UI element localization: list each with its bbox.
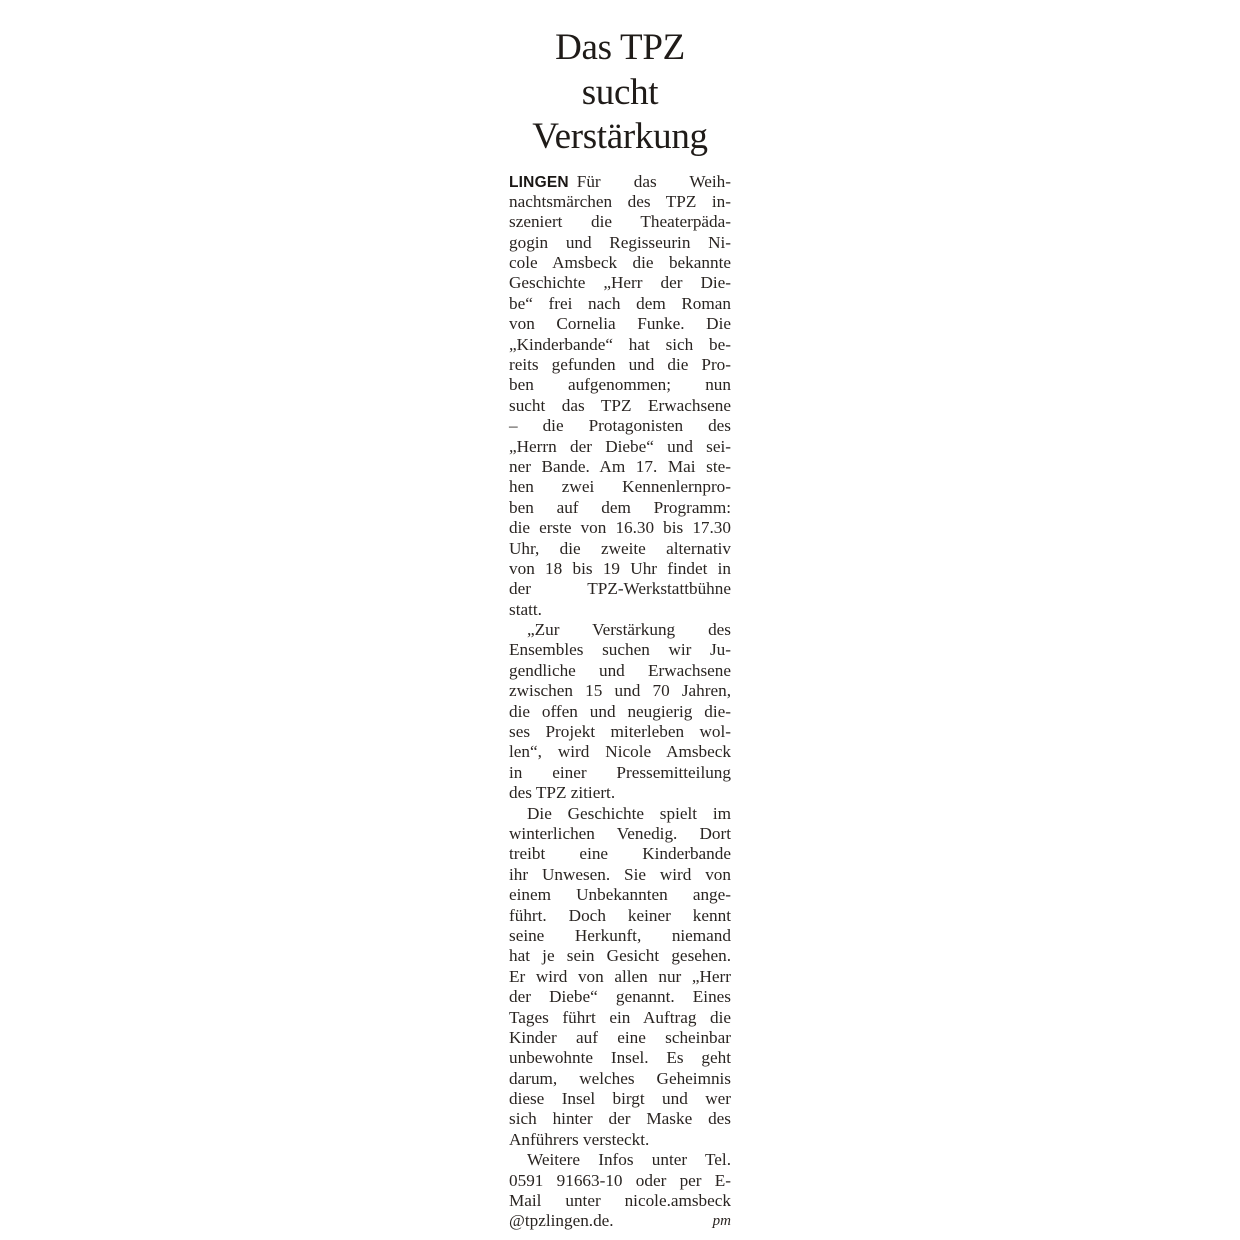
- text-line: „Herrn der Diebe“ und sei-: [509, 437, 731, 457]
- text-line: „Zur Verstärkung des: [509, 620, 731, 640]
- text-line: Anführers versteckt.: [509, 1130, 731, 1150]
- text-line: die erste von 16.30 bis 17.30: [509, 518, 731, 538]
- text-line: gendliche und Erwachsene: [509, 661, 731, 681]
- text-line: ner Bande. Am 17. Mai ste-: [509, 457, 731, 477]
- article-body: LINGENFür das Weih- nachtsmärchen des TP…: [509, 172, 731, 1232]
- text-line: ben auf dem Programm:: [509, 498, 731, 518]
- text-line: winterlichen Venedig. Dort: [509, 824, 731, 844]
- text-line: – die Protagonisten des: [509, 416, 731, 436]
- text-line: ses Projekt miterleben wol-: [509, 722, 731, 742]
- text-line: seine Herkunft, niemand: [509, 926, 731, 946]
- text-line: „Kinderbande“ hat sich be-: [509, 335, 731, 355]
- paragraph-1: LINGENFür das Weih- nachtsmärchen des TP…: [509, 172, 731, 621]
- text-line: Kinder auf eine scheinbar: [509, 1028, 731, 1048]
- text-line: die offen und neugierig die-: [509, 702, 731, 722]
- article-headline: Das TPZ sucht Verstärkung: [509, 26, 731, 160]
- text-line: von Cornelia Funke. Die: [509, 314, 731, 334]
- email-line: Mail unter nicole.amsbeck: [509, 1191, 731, 1211]
- signature-line: @tpzlingen.de. pm: [509, 1211, 731, 1231]
- text-line: Die Geschichte spielt im: [509, 804, 731, 824]
- text-line: darum, welches Geheimnis: [509, 1069, 731, 1089]
- headline-line-1: Das TPZ: [509, 26, 731, 71]
- text-line: der TPZ-Werkstattbühne: [509, 579, 731, 599]
- text-line: sich hinter der Maske des: [509, 1109, 731, 1129]
- text-line: be“ frei nach dem Roman: [509, 294, 731, 314]
- text-line: führt. Doch keiner kennt: [509, 906, 731, 926]
- text-line: Ensembles suchen wir Ju-: [509, 640, 731, 660]
- first-line: LINGENFür das Weih-: [509, 172, 731, 192]
- text-line: hat je sein Gesicht gesehen.: [509, 946, 731, 966]
- headline-line-2: sucht: [509, 71, 731, 116]
- paragraph-4: Weitere Infos unter Tel. 0591 91663-10 o…: [509, 1150, 731, 1232]
- text-line: ihr Unwesen. Sie wird von: [509, 865, 731, 885]
- text-line: gogin und Regisseurin Ni-: [509, 233, 731, 253]
- text-line: der Diebe“ genannt. Eines: [509, 987, 731, 1007]
- text-line: unbewohnte Insel. Es geht: [509, 1048, 731, 1068]
- email-tail: @tpzlingen.de.: [509, 1211, 614, 1231]
- author-initials: pm: [713, 1211, 731, 1231]
- text-line: treibt eine Kinderbande: [509, 844, 731, 864]
- text-line: statt.: [509, 600, 731, 620]
- paragraph-3: Die Geschichte spielt im winterlichen Ve…: [509, 804, 731, 1151]
- text-line: Geschichte „Herr der Die-: [509, 273, 731, 293]
- text-line: Er wird von allen nur „Herr: [509, 967, 731, 987]
- text-line: sucht das TPZ Erwachsene: [509, 396, 731, 416]
- newspaper-article: Das TPZ sucht Verstärkung LINGENFür das …: [509, 26, 731, 1232]
- text-line: ben aufgenommen; nun: [509, 375, 731, 395]
- text-line: zwischen 15 und 70 Jahren,: [509, 681, 731, 701]
- paragraph-2: „Zur Verstärkung des Ensembles suchen wi…: [509, 620, 731, 804]
- headline-line-3: Verstärkung: [509, 115, 731, 160]
- text-line: szeniert die Theaterpäda-: [509, 212, 731, 232]
- text-line: in einer Pressemitteilung: [509, 763, 731, 783]
- text-line: reits gefunden und die Pro-: [509, 355, 731, 375]
- text-line: von 18 bis 19 Uhr findet in: [509, 559, 731, 579]
- text-line: len“, wird Nicole Amsbeck: [509, 742, 731, 762]
- text-line: cole Amsbeck die bekannte: [509, 253, 731, 273]
- dateline: LINGEN: [509, 174, 569, 191]
- text-line: einem Unbekannten ange-: [509, 885, 731, 905]
- text-line: diese Insel birgt und wer: [509, 1089, 731, 1109]
- text-line: Weitere Infos unter Tel.: [509, 1150, 731, 1170]
- text-line: nachtsmärchen des TPZ in-: [509, 192, 731, 212]
- text-line: Uhr, die zweite alternativ: [509, 539, 731, 559]
- phone-line: 0591 91663-10 oder per E-: [509, 1171, 731, 1191]
- text-line: Tages führt ein Auftrag die: [509, 1008, 731, 1028]
- text-line: des TPZ zitiert.: [509, 783, 731, 803]
- text-line: hen zwei Kennenlernpro-: [509, 477, 731, 497]
- first-line-text: Für das Weih-: [577, 172, 731, 191]
